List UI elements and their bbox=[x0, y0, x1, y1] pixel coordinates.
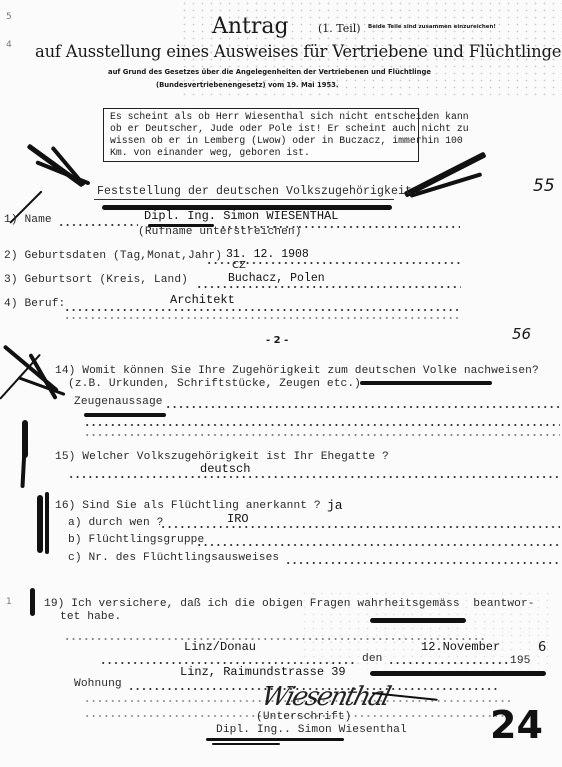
dotted-line bbox=[64, 317, 461, 319]
field-value-name[interactable]: Dipl. Ing. Simon WIESENTHAL bbox=[144, 209, 338, 223]
wohnung-label: Wohnung bbox=[74, 678, 122, 690]
margin-number: 1 bbox=[6, 597, 12, 607]
annotation-box: Es scheint als ob Herr Wiesenthal sich n… bbox=[103, 108, 419, 162]
dotted-line bbox=[84, 424, 560, 426]
signature-scrawl: Wiesenthal bbox=[258, 682, 392, 712]
signature-caption: (Unterschrift) bbox=[256, 711, 351, 723]
den-label: den bbox=[362, 653, 382, 665]
handwritten-number: 56 bbox=[512, 325, 531, 343]
year-digit-handwritten: 6 bbox=[538, 640, 546, 655]
question-14-hint: (z.B. Urkunden, Schriftstücke, Zeugen et… bbox=[68, 378, 361, 390]
signature-date[interactable]: 12.November bbox=[421, 640, 500, 654]
field-label-name: 1) Name bbox=[4, 214, 52, 226]
question-16c-label: c) Nr. des Flüchtlingsausweises bbox=[68, 552, 279, 564]
question-19-label: 19) Ich versichere, daß ich die obigen F… bbox=[44, 598, 535, 610]
marker-underline bbox=[206, 738, 344, 741]
dotted-line bbox=[160, 526, 560, 528]
dotted-line bbox=[58, 224, 138, 226]
handwritten-number: 55 bbox=[533, 176, 555, 196]
field-label-profession: 4) Beruf: bbox=[4, 298, 65, 310]
underline bbox=[94, 199, 394, 200]
annotation-line: ob er Deutscher, Jude oder Pole ist! Er … bbox=[110, 123, 469, 135]
question-16-label: 16) Sind Sie als Flüchtling anerkannt ? bbox=[55, 500, 321, 512]
dotted-line bbox=[196, 286, 461, 288]
form-title-part: (1. Teil) bbox=[318, 22, 361, 35]
signature-place[interactable]: Linz/Donau bbox=[184, 640, 256, 654]
question-14-label: 14) Womit können Sie Ihre Zugehörigkeit … bbox=[55, 365, 539, 377]
law-line: auf Grund des Gesetzes über die Angelege… bbox=[108, 68, 431, 76]
year-prefix: 195 bbox=[510, 655, 530, 667]
redaction-bar bbox=[370, 618, 466, 623]
annotation-line: wissen ob er in Lemberg (Lwow) oder in B… bbox=[110, 135, 463, 147]
question-14-answer[interactable]: Zeugenaussage bbox=[74, 396, 163, 408]
address-value[interactable]: Linz, Raimundstrasse 39 bbox=[180, 665, 346, 679]
annotation-line: Km. von einander weg, geboren ist. bbox=[110, 147, 310, 159]
dotted-line bbox=[388, 662, 510, 664]
field-value-profession[interactable]: Architekt bbox=[170, 293, 235, 307]
field-label-birth-date: 2) Geburtsdaten (Tag,Monat,Jahr) bbox=[4, 250, 222, 262]
annotation-line: Es scheint als ob Herr Wiesenthal sich n… bbox=[110, 111, 469, 123]
question-16a-answer[interactable]: IRO bbox=[227, 512, 249, 526]
page-stamp-number: 24 bbox=[490, 703, 543, 747]
dotted-line bbox=[165, 406, 560, 408]
signature-name: Dipl. Ing.. Simon Wiesenthal bbox=[216, 724, 407, 736]
question-15-answer[interactable]: deutsch bbox=[200, 462, 250, 476]
margin-number: 5 bbox=[6, 12, 12, 22]
form-subtitle: auf Ausstellung eines Ausweises für Vert… bbox=[35, 42, 561, 61]
margin-bar-mark bbox=[45, 492, 49, 554]
marker-underline bbox=[212, 743, 280, 745]
handwritten-correction: CZ bbox=[232, 260, 246, 271]
question-16-answer[interactable]: ja bbox=[327, 498, 343, 513]
section-title: Feststellung der deutschen Volkszugehöri… bbox=[97, 185, 419, 198]
dotted-line bbox=[285, 562, 560, 564]
field-value-birth-place[interactable]: Buchacz, Polen bbox=[228, 272, 325, 285]
dotted-line bbox=[196, 544, 560, 546]
form-title-note: Beide Teile sind zusammen einzureichen! bbox=[368, 24, 496, 30]
law-name: (Bundesvertriebenengesetz) vom 19. Mai 1… bbox=[156, 81, 339, 89]
dotted-line bbox=[100, 662, 358, 664]
dotted-line bbox=[68, 476, 560, 478]
field-label-birth-place: 3) Geburtsort (Kreis, Land) bbox=[4, 274, 188, 286]
marker-underline bbox=[84, 413, 166, 417]
field-hint-name: (Rufname unterstreichen) bbox=[138, 226, 302, 238]
question-16b-label: b) Flüchtlingsgruppe bbox=[68, 534, 204, 546]
question-16a-label: a) durch wen ? bbox=[68, 517, 163, 529]
redaction-bar bbox=[370, 671, 546, 676]
dotted-line bbox=[64, 309, 461, 311]
question-19-label-cont: tet habe. bbox=[60, 611, 121, 623]
page-marker: - 2 - bbox=[266, 335, 288, 346]
margin-bar-mark bbox=[37, 495, 43, 553]
margin-number: 4 bbox=[6, 40, 12, 50]
margin-bar-mark bbox=[30, 588, 35, 616]
dotted-line bbox=[84, 434, 560, 436]
form-title: Antrag bbox=[212, 14, 289, 39]
marker-underline bbox=[360, 381, 492, 385]
